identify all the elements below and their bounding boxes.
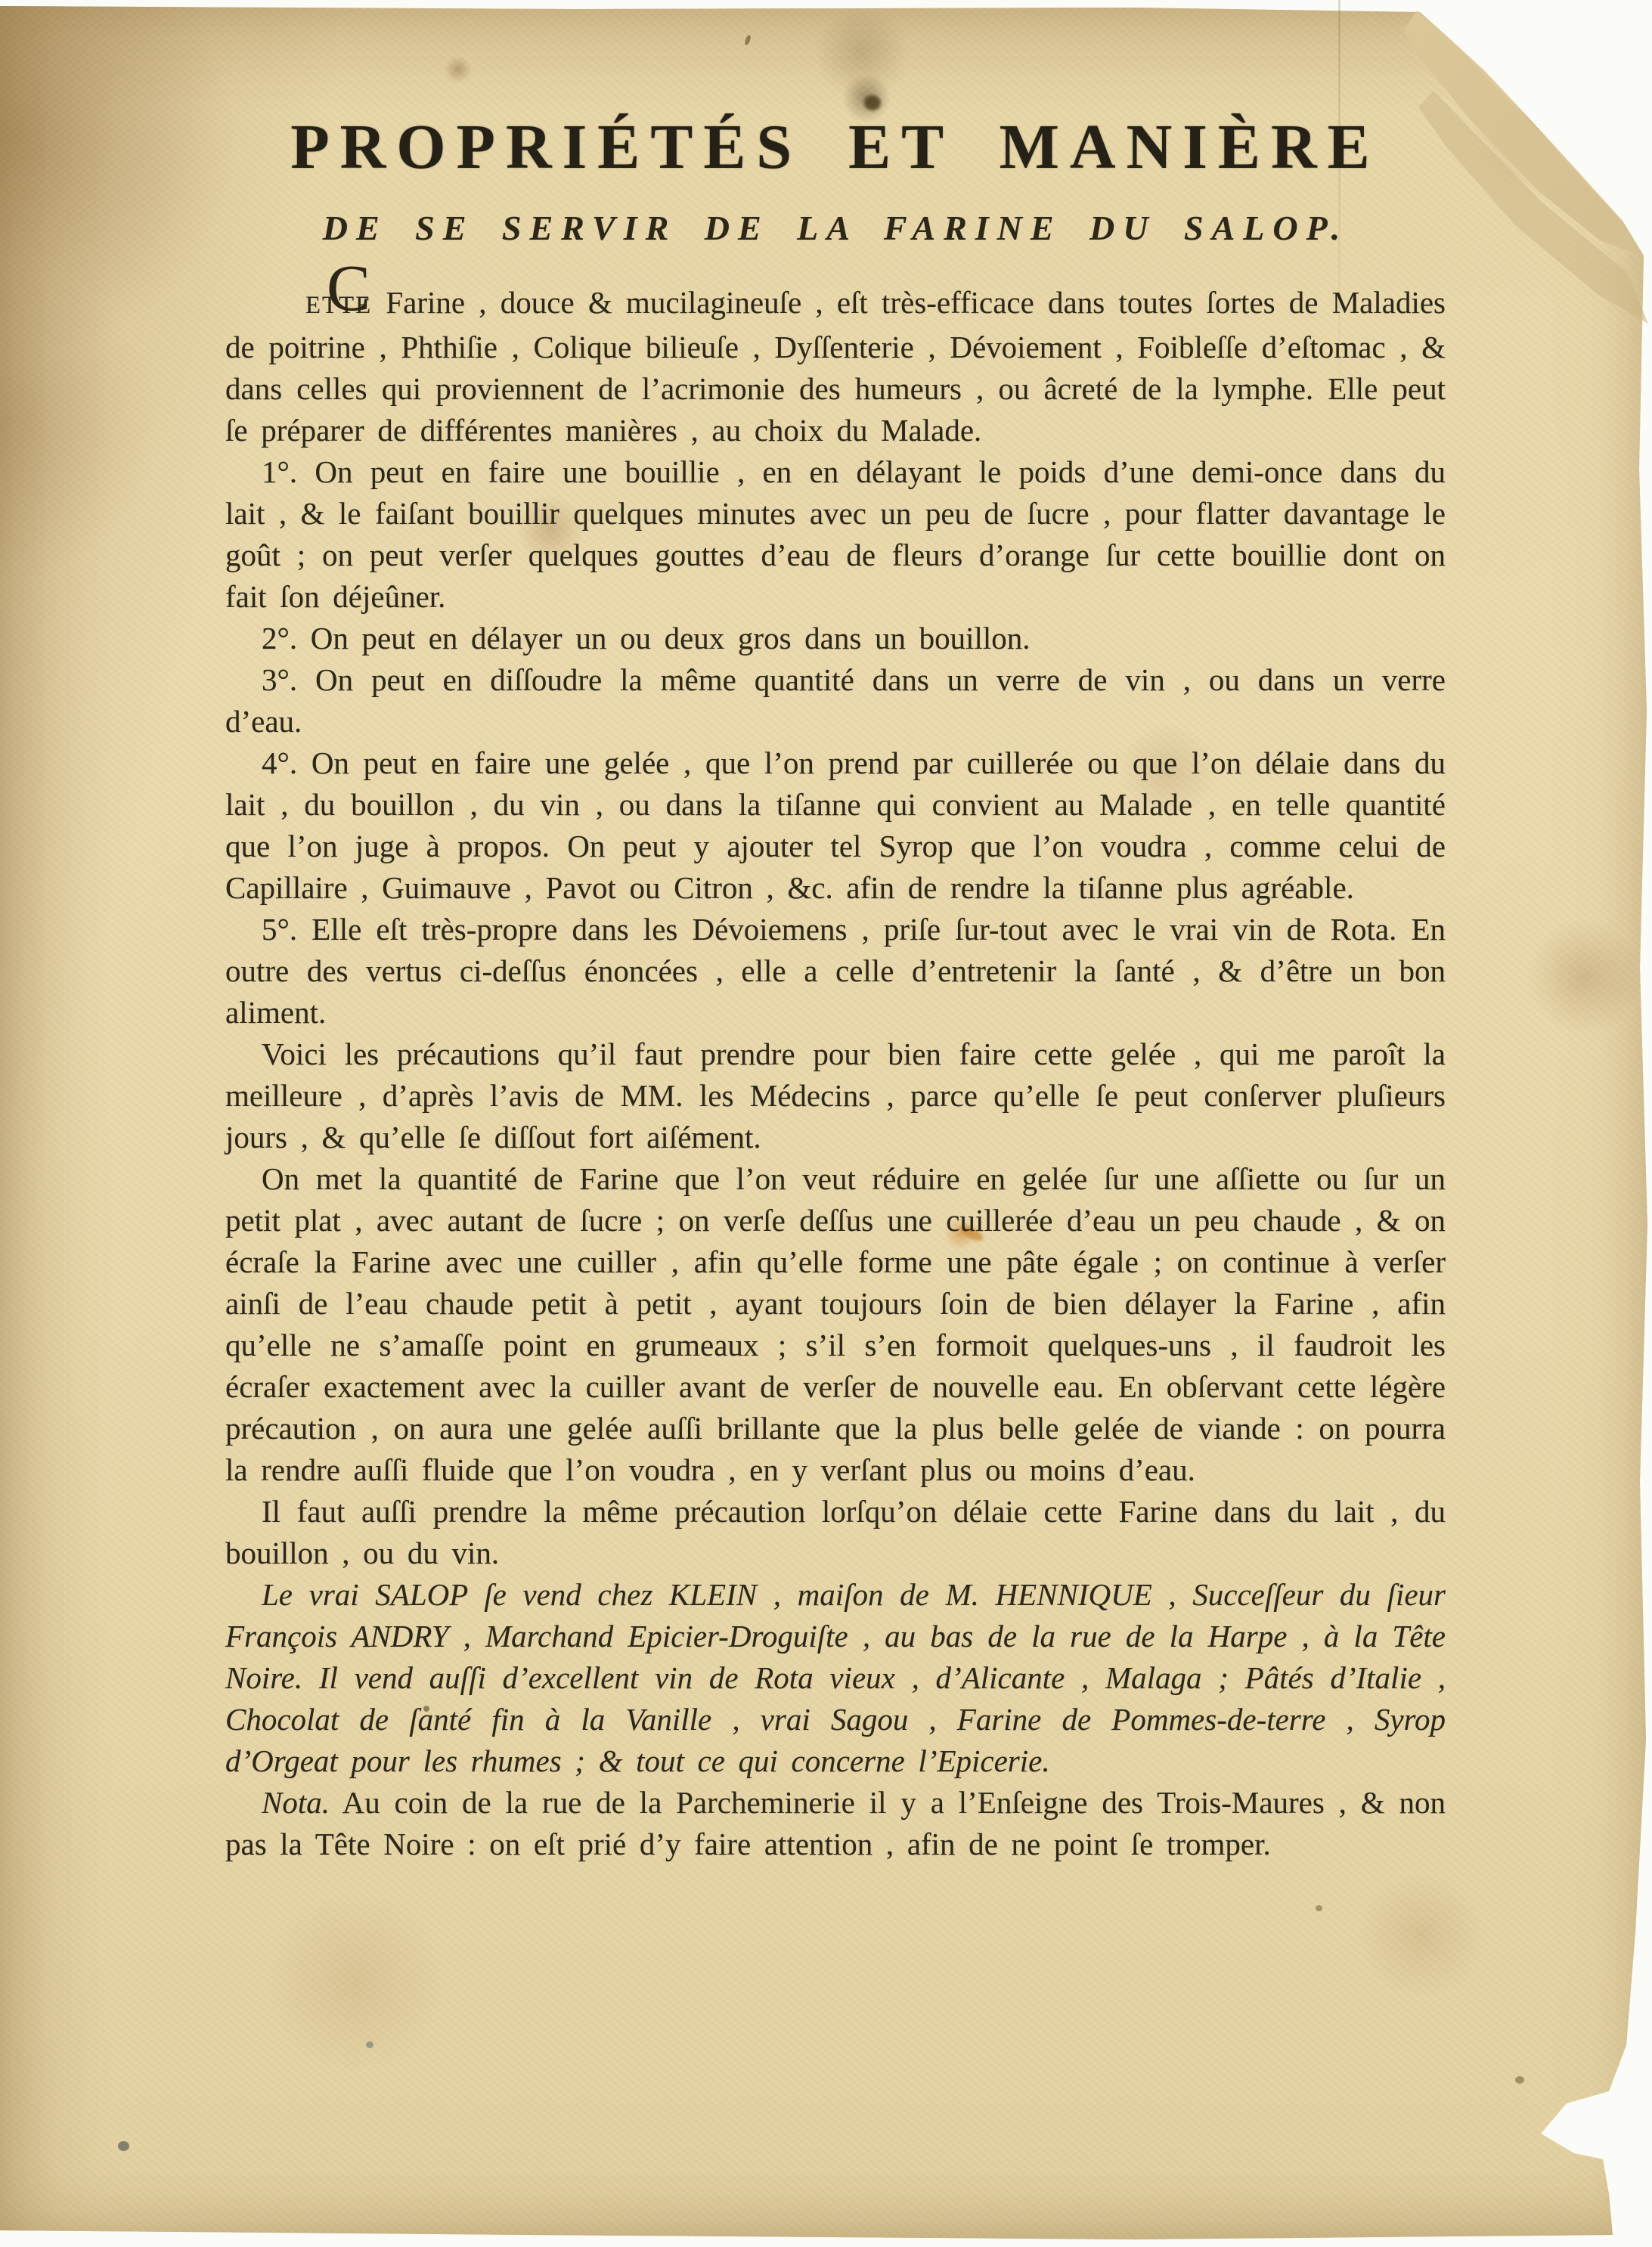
nota-text: Au coin de la rue de la Parcheminerie il… [225,1785,1446,1861]
paper-stain [864,95,881,110]
lead-initial-letter: C [246,255,370,321]
paragraph-precautions: Voici les précautions qu’il faut prendre… [225,1034,1446,1158]
document-body: CETTE Farine , douce & mucilagineuſe , e… [225,282,1446,1865]
paragraph-same-precaution: Il faut auſſi prendre la même précaution… [225,1491,1446,1574]
lead-text: Farine , douce & mucilagineuſe , eſt trè… [225,285,1446,448]
paragraph-vendor-notice: Le vrai SALOP ſe vend chez KLEIN , maiſo… [225,1574,1446,1782]
paper-fleck [1316,1905,1322,1911]
page-subtitle: DE SE SERVIR DE LA FARINE DU SALOP. [225,209,1446,248]
paper-fleck [1515,2076,1524,2084]
scanned-document-page: { "colors": { "paper": "#e8d7a9", "ink":… [0,0,1652,2247]
nota-label: Nota. [262,1785,330,1820]
paper-fleck [366,2041,373,2048]
page-title: PROPRIÉTÉS ET MANIÈRE [225,113,1446,182]
paragraph-item-4: 4°. On peut en faire une gelée , que l’o… [225,742,1446,909]
lead-paragraph: CETTE Farine , douce & mucilagineuſe , e… [225,282,1446,451]
paragraph-preparation: On met la quantité de Farine que l’on ve… [225,1158,1446,1491]
document: PROPRIÉTÉS ET MANIÈRE DE SE SERVIR DE LA… [225,113,1446,1865]
paragraph-item-2: 2°. On peut en délayer un ou deux gros d… [225,618,1446,659]
paragraph-nota: Nota. Au coin de la rue de la Parchemine… [225,1782,1446,1865]
paragraph-item-1: 1°. On peut en faire une bouillie , en e… [225,451,1446,618]
paper-fleck [118,2141,129,2151]
paragraph-item-5: 5°. Elle eſt très-propre dans les Dévoie… [225,909,1446,1034]
paragraph-item-3: 3°. On peut en diſſoudre la même quantit… [225,659,1446,742]
